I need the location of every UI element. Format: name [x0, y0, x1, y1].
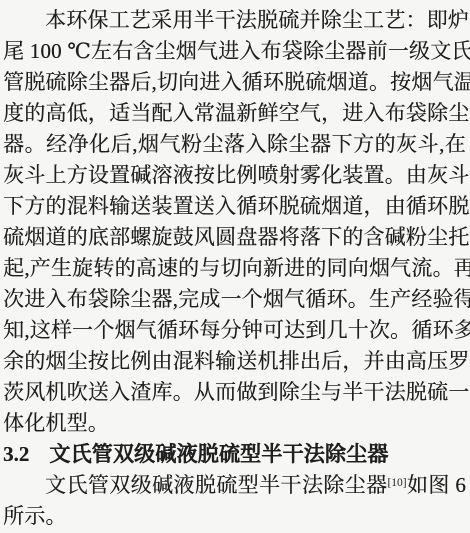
section-number: 3.2 — [3, 439, 29, 470]
paper-page: 本环保工艺采用半干法脱硫并除尘工艺：即炉 尾 100 ℃左右含尘烟气进入布袋除尘… — [0, 0, 470, 533]
paragraph2-text: 如图 6 — [407, 473, 466, 497]
text-line: 知,这样一个烟气循环每分钟可达到几十次。循环多 — [3, 315, 466, 346]
text-line: 余的烟尘按比例由混料输送机排出后，并由高压罗 — [3, 346, 466, 377]
text-line: 灰斗上方设置碱溶液按比例喷射雾化装置。由灰斗 — [3, 160, 466, 191]
text-line: 下方的混料输送装置送入循环脱硫烟道，由循环脱 — [3, 191, 466, 222]
text-line: 文氏管双级碱液脱硫型半干法除尘器[10]如图 6 — [3, 470, 466, 501]
text-line: 度的高低，适当配入常温新鲜空气，进入布袋除尘 — [3, 98, 466, 129]
paragraph2-text: 文氏管双级碱液脱硫型半干法除尘器 — [45, 473, 387, 497]
text-line: 茨风机吹送入渣库。从而做到除尘与半干法脱硫一 — [3, 377, 466, 408]
text-line: 所示。 — [3, 501, 466, 532]
section-title: 文氏管双级碱液脱硫型半干法除尘器 — [49, 442, 388, 466]
text-line: 管脱硫除尘器后,切向进入循环脱硫烟道。按烟气温 — [3, 67, 466, 98]
text-line: 体化机型。 — [3, 408, 466, 439]
text-line: 次进入布袋除尘器,完成一个烟气循环。生产经验得 — [3, 284, 466, 315]
text-line: 尾 100 ℃左右含尘烟气进入布袋除尘器前一级文氏 — [3, 36, 466, 67]
section-heading: 3.2文氏管双级碱液脱硫型半干法除尘器 — [3, 439, 466, 470]
text-line: 本环保工艺采用半干法脱硫并除尘工艺：即炉 — [3, 5, 466, 36]
citation-marker: [10] — [387, 477, 406, 489]
text-line: 起,产生旋转的高速的与切向新进的同向烟气流。再 — [3, 253, 466, 284]
text-line: 器。经净化后,烟气粉尘落入除尘器下方的灰斗,在 — [3, 129, 466, 160]
text-line: 硫烟道的底部螺旋鼓风圆盘器将落下的含碱粉尘托 — [3, 222, 466, 253]
